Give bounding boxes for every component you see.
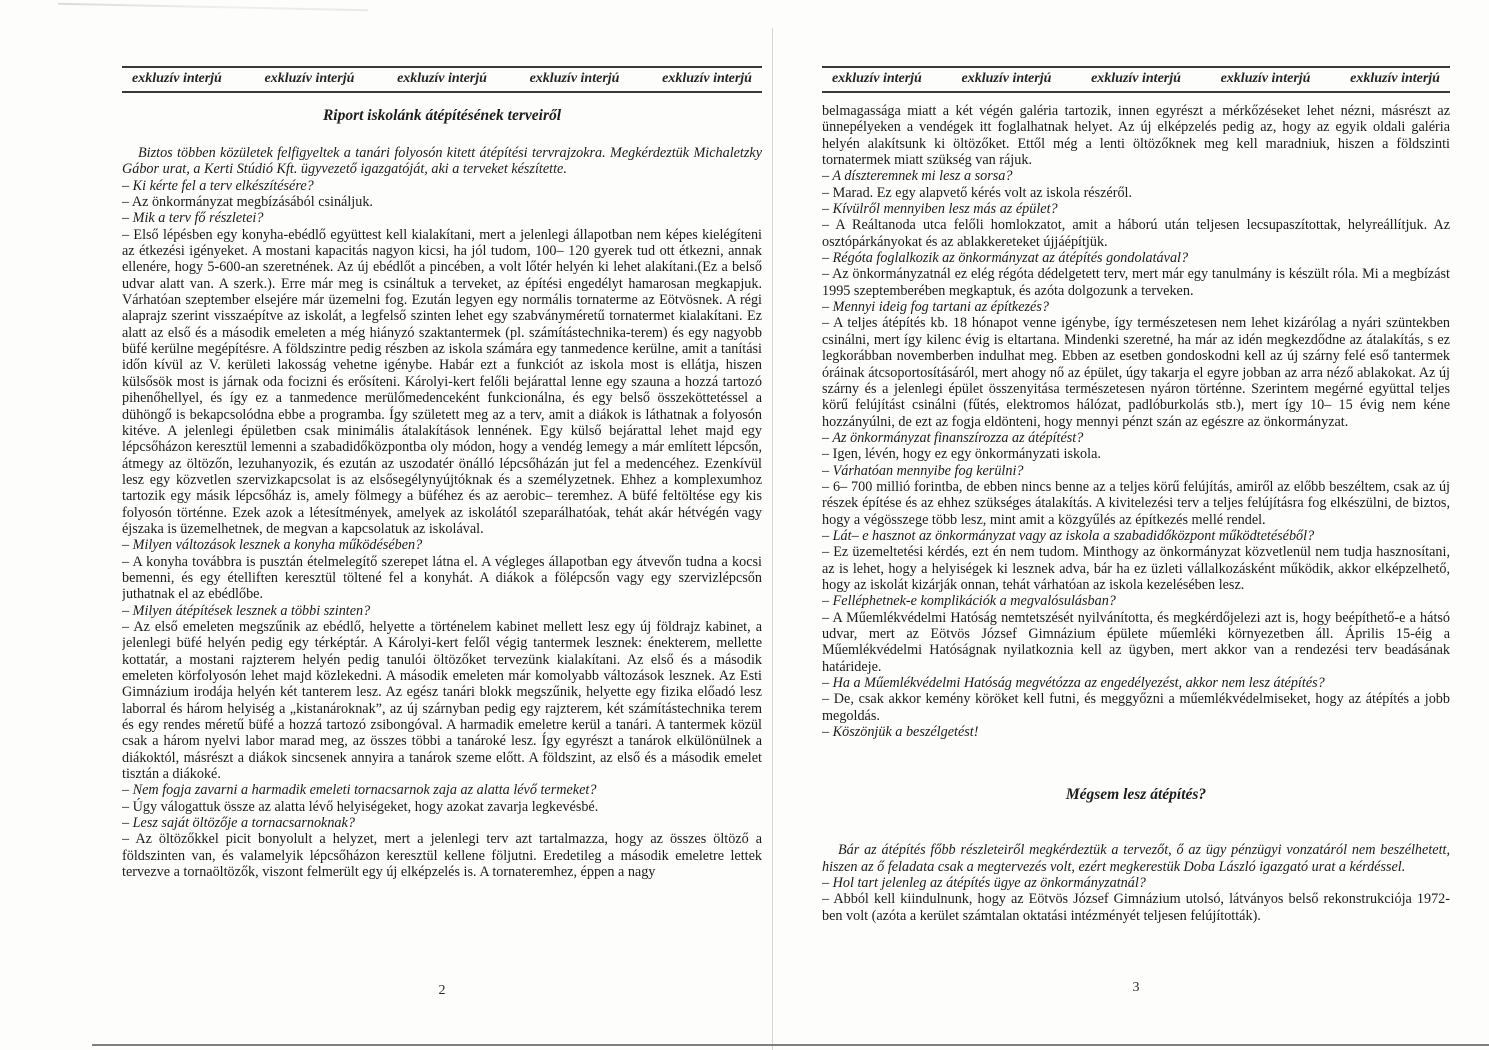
paragraph-question: – Az önkormányzat finanszírozza az átépí… [822, 430, 1450, 446]
paragraph-question: – Lesz saját öltözője a tornacsarnoknak? [122, 815, 762, 831]
paragraph-answer: – Igen, lévén, hogy ez egy önkormányzati… [822, 446, 1450, 462]
paragraph-answer: – 6– 700 millió forintba, de ebben nincs… [822, 479, 1450, 528]
paragraph-question: – Felléphetnek-e komplikációk a megvalós… [822, 593, 1450, 609]
paragraph-question: – Hol tart jelenleg az átépítés ügye az … [822, 875, 1450, 891]
page-number-3: 3 [822, 980, 1450, 996]
band-label: exkluzív interjú [832, 71, 922, 87]
paragraph-question: – Régóta foglalkozik az önkormányzat az … [822, 250, 1450, 266]
paragraph-answer: – A konyha továbbra is pusztán ételmeleg… [122, 554, 762, 603]
band-label: exkluzív interjú [962, 71, 1052, 87]
paragraph-answer: – A teljes átépítés kb. 18 hónapot venne… [822, 315, 1450, 429]
band-label: exkluzív interjú [662, 71, 752, 87]
band-label: exkluzív interjú [1221, 71, 1311, 87]
paragraph-intro: Bár az átépítés főbb részleteiről megkér… [822, 842, 1450, 875]
page-number-2: 2 [122, 983, 762, 999]
paragraph-answer: – Az önkormányzat megbízásából csináljuk… [122, 194, 762, 210]
paragraph-question: – Mik a terv fő részletei? [122, 210, 762, 226]
paragraph-question: – Lát– e hasznot az önkormányzat vagy az… [822, 528, 1450, 544]
article-title: Riport iskolánk átépítésének terveiről [122, 107, 762, 125]
paragraph-question: – Milyen változások lesznek a konyha műk… [122, 537, 762, 553]
paragraph-answer: – Az önkormányzatnál ez elég régóta déde… [822, 266, 1450, 299]
paragraph-question: – Köszönjük a beszélgetést! [822, 724, 1450, 740]
paragraph-answer: – De, csak akkor kemény köröket kell fut… [822, 691, 1450, 724]
paragraph-answer: – A Reáltanoda utca felőli homlokzatot, … [822, 217, 1450, 250]
paragraph-question: – Nem fogja zavarni a harmadik emeleti t… [122, 782, 762, 798]
paragraph-body: belmagassága miatt a két végén galéria t… [822, 103, 1450, 168]
paragraph-answer: – Az első emeleten megszűnik az ebédlő, … [122, 619, 762, 782]
paragraph-intro: Biztos többen közületek felfigyeltek a t… [122, 145, 762, 178]
paragraph-answer: – Úgy válogattuk össze az alatta lévő he… [122, 799, 762, 815]
band-label: exkluzív interjú [1091, 71, 1181, 87]
page-3-body: belmagassága miatt a két végén galéria t… [822, 103, 1450, 924]
paragraph-question: – A díszteremnek mi lesz a sorsa? [822, 168, 1450, 184]
paragraph-answer: – Első lépésben egy konyha-ebédlő együtt… [122, 227, 762, 538]
paragraph-answer: – A Műemlékvédelmi Hatóság nemtetszését … [822, 610, 1450, 675]
paragraph-question: – Várhatóan mennyibe fog kerülni? [822, 463, 1450, 479]
page-2-body: Riport iskolánk átépítésének terveirőlBi… [122, 107, 762, 880]
scan-artifact-line [58, 3, 368, 11]
section-heading: Mégsem lesz átépítés? [822, 786, 1450, 804]
paragraph-question: – Kívülről mennyiben lesz más az épület? [822, 201, 1450, 217]
band-label: exkluzív interjú [132, 71, 222, 87]
page-gutter-line [772, 28, 773, 1050]
page-3: exkluzív interjú exkluzív interjú exkluz… [822, 60, 1450, 990]
band-label: exkluzív interjú [530, 71, 620, 87]
paragraph-answer: – Abból kell kiindulnunk, hogy az Eötvös… [822, 891, 1450, 924]
paragraph-question: – Ha a Műemlékvédelmi Hatóság megvétózza… [822, 675, 1450, 691]
band-label: exkluzív interjú [1350, 71, 1440, 87]
band-label: exkluzív interjú [397, 71, 487, 87]
scan-edge-line [92, 1044, 1489, 1046]
paragraph-question: – Milyen átépítések lesznek a többi szin… [122, 603, 762, 619]
paragraph-answer: – Ez üzemeltetési kérdés, ezt én nem tud… [822, 544, 1450, 593]
page-2: exkluzív interjú exkluzív interjú exkluz… [122, 60, 762, 990]
paragraph-question: – Ki kérte fel a terv elkészítésére? [122, 178, 762, 194]
header-band-left: exkluzív interjú exkluzív interjú exkluz… [122, 66, 762, 93]
paragraph-question: – Mennyi ideig fog tartani az építkezés? [822, 299, 1450, 315]
header-band-right: exkluzív interjú exkluzív interjú exkluz… [822, 66, 1450, 93]
paragraph-answer: – Az öltözőkkel picit bonyolult a helyze… [122, 831, 762, 880]
paragraph-answer: – Marad. Ez egy alapvető kérés volt az i… [822, 185, 1450, 201]
band-label: exkluzív interjú [265, 71, 355, 87]
